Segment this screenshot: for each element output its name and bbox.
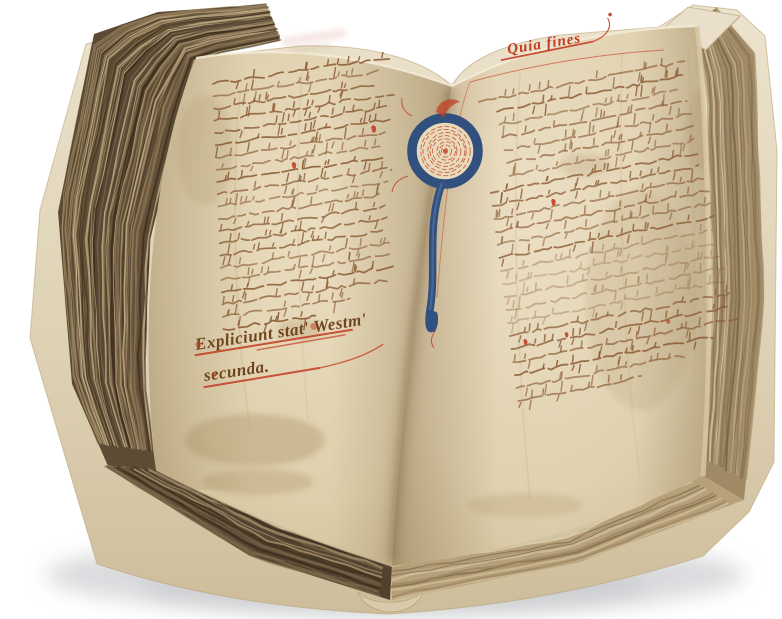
manuscript-photo: Expliciunt stat' Westm' secunda. Quia fi… — [0, 0, 782, 619]
photograph: Expliciunt stat' Westm' secunda. Quia fi… — [0, 0, 782, 619]
